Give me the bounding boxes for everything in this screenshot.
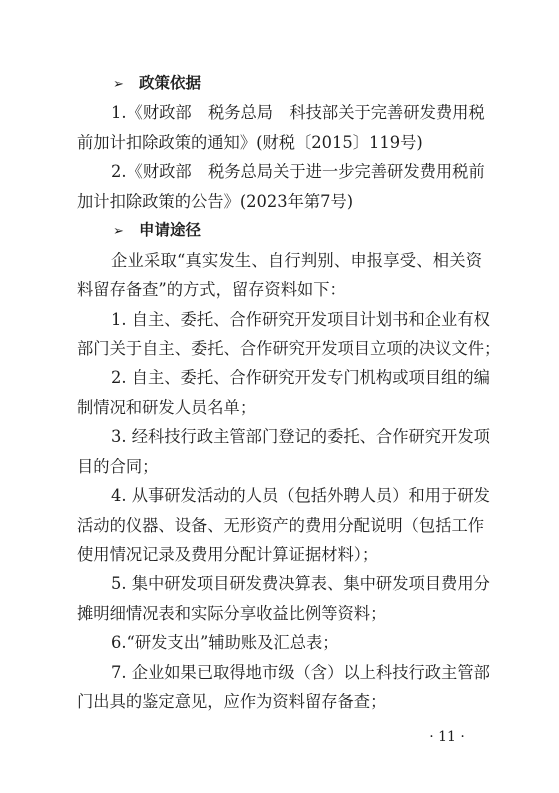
list-item-line: 3. 经科技行政主管部门登记的委托、合作研究开发项 [77, 422, 482, 451]
section-heading-text: 申请途径 [139, 221, 201, 239]
paragraph-line: 料留存备查”的方式，留存资料如下： [77, 275, 482, 304]
arrowhead-bullet-icon: ➢ [113, 217, 139, 246]
paragraph-line: 企业采取“真实发生、自行判别、申报享受、相关资 [77, 246, 482, 275]
list-item-line: 2. 自主、委托、合作研究开发专门机构或项目组的编 [77, 363, 482, 392]
list-item-line: 摊明细情况表和实际分享收益比例等资料； [77, 599, 482, 628]
section-heading-application-channel: ➢申请途径 [77, 216, 482, 245]
section-heading-text: 政策依据 [139, 74, 201, 92]
list-item-line: 活动的仪器、设备、无形资产的费用分配说明（包括工作 [77, 511, 482, 540]
list-item-line: 7. 企业如果已取得地市级（含）以上科技行政主管部 [77, 658, 482, 687]
list-item-line: 目的合同； [77, 452, 482, 481]
list-item-line: 1. 自主、委托、合作研究开发项目计划书和企业有权 [77, 305, 482, 334]
paragraph-line: 1.《财政部 税务总局 科技部关于完善研发费用税 [77, 98, 482, 127]
document-page: ➢政策依据 1.《财政部 税务总局 科技部关于完善研发费用税 前加计扣除政策的通… [77, 69, 482, 717]
list-item-line: 6.“研发支出”辅助账及汇总表； [77, 628, 482, 657]
list-item-line: 部门关于自主、委托、合作研究开发项目立项的决议文件； [77, 334, 482, 363]
paragraph-line: 2.《财政部 税务总局关于进一步完善研发费用税前 [77, 157, 482, 186]
list-item-line: 门出具的鉴定意见，应作为资料留存备查； [77, 687, 482, 716]
paragraph-line: 加计扣除政策的公告》(2023年第7号) [77, 187, 482, 216]
arrowhead-bullet-icon: ➢ [113, 70, 139, 99]
list-item-line: 4. 从事研发活动的人员（包括外聘人员）和用于研发 [77, 481, 482, 510]
list-item-line: 5. 集中研发项目研发费决算表、集中研发项目费用分 [77, 569, 482, 598]
list-item-line: 制情况和研发人员名单； [77, 393, 482, 422]
section-heading-policy-basis: ➢政策依据 [77, 69, 482, 98]
page-number: · 11 · [410, 726, 484, 748]
paragraph-line: 前加计扣除政策的通知》(财税〔2015〕119号) [77, 128, 482, 157]
list-item-line: 使用情况记录及费用分配计算证据材料）； [77, 540, 482, 569]
